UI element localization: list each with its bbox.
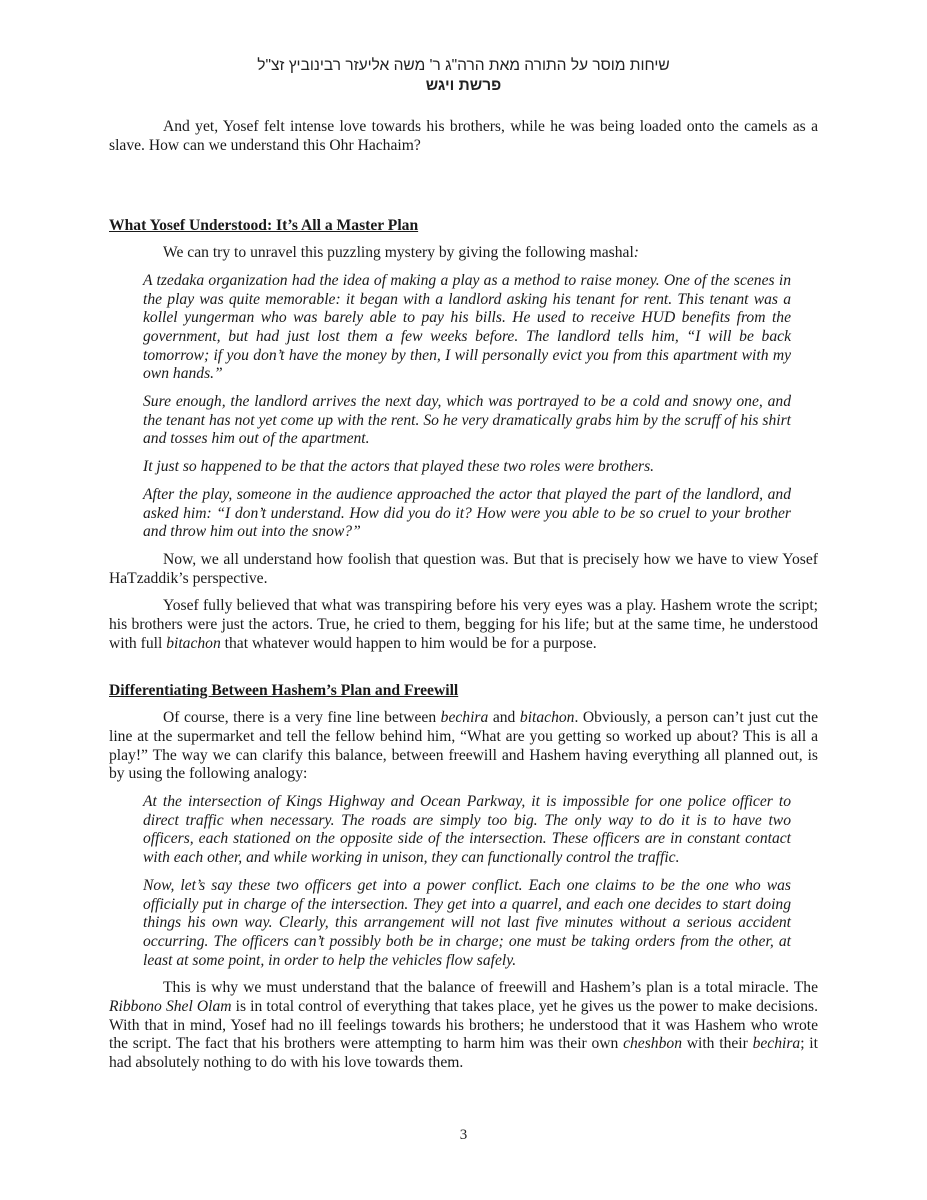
conclusion-paragraph: This is why we must understand that the …: [109, 979, 818, 1073]
spacer: [109, 155, 818, 217]
page-number: 3: [0, 1127, 927, 1144]
italic-term: bitachon: [166, 635, 221, 652]
mashal-block-quote: A tzedaka organization had the idea of m…: [109, 272, 818, 542]
intro-paragraph: And yet, Yosef felt intense love towards…: [109, 118, 818, 155]
analogy-paragraph: Now, let’s say these two officers get in…: [143, 877, 791, 971]
body-paragraph: Yosef fully believed that what was trans…: [109, 597, 818, 653]
italic-term: Ribbono Shel Olam: [109, 998, 232, 1015]
text-run: with their: [682, 1035, 753, 1052]
analogy-block-quote: At the intersection of Kings Highway and…: [109, 793, 818, 970]
section-heading-freewill: Differentiating Between Hashem’s Plan an…: [109, 682, 818, 701]
analogy-paragraph: At the intersection of Kings Highway and…: [143, 793, 791, 868]
italic-term: bechira: [441, 709, 489, 726]
document-page: שיחות מוסר על התורה מאת הרה"ג ר' משה אלי…: [0, 0, 927, 1200]
lead-in-text: We can try to unravel this puzzling myst…: [163, 244, 634, 261]
page-body: And yet, Yosef felt intense love towards…: [109, 118, 818, 1073]
mashal-lead-in: We can try to unravel this puzzling myst…: [109, 244, 818, 263]
mashal-paragraph: It just so happened to be that the actor…: [143, 458, 791, 477]
italic-term: bechira: [753, 1035, 801, 1052]
text-run: that whatever would happen to him would …: [221, 635, 597, 652]
body-paragraph: Of course, there is a very fine line bet…: [109, 709, 818, 784]
body-paragraph: Now, we all understand how foolish that …: [109, 551, 818, 588]
text-run: Of course, there is a very fine line bet…: [163, 709, 441, 726]
italic-term: cheshbon: [623, 1035, 682, 1052]
italic-term: bitachon: [520, 709, 575, 726]
text-run: This is why we must understand that the …: [163, 979, 818, 996]
spacer: [109, 653, 818, 682]
mashal-paragraph: After the play, someone in the audience …: [143, 486, 791, 542]
header-parsha: פרשת ויגש: [0, 76, 927, 96]
mashal-paragraph: A tzedaka organization had the idea of m…: [143, 272, 791, 384]
lead-in-colon: :: [634, 244, 639, 261]
mashal-paragraph: Sure enough, the landlord arrives the ne…: [143, 393, 791, 449]
text-run: and: [488, 709, 520, 726]
page-header: שיחות מוסר על התורה מאת הרה"ג ר' משה אלי…: [0, 56, 927, 96]
header-title: שיחות מוסר על התורה מאת הרה"ג ר' משה אלי…: [0, 56, 927, 76]
section-heading-master-plan: What Yosef Understood: It’s All a Master…: [109, 217, 818, 236]
